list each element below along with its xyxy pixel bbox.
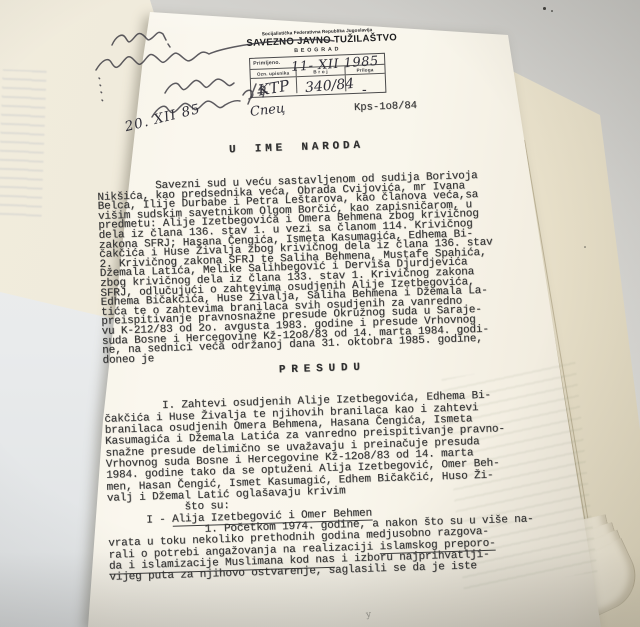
- stamp-received-label: Primljeno.: [250, 60, 280, 67]
- dust-speck: [551, 10, 553, 12]
- photo-scene: Socijalistička Federativna Republika Jug…: [0, 0, 640, 627]
- dust-speck: [584, 246, 586, 248]
- document-body: Savezni sud u veću sastavljenom od sudij…: [97, 170, 539, 584]
- judgment-section: I. Zahtevi osudjenih Alije Izetbegovića,…: [104, 390, 539, 585]
- case-number: Kps-1o8/84: [354, 100, 417, 114]
- dust-speck: [543, 7, 546, 10]
- handwritten-enclosures-value: -: [362, 82, 367, 98]
- judgment-intro-paragraph: Savezni sud u veću sastavljenom od sudij…: [97, 170, 533, 366]
- verdict-heading: P R E S U D U: [279, 358, 533, 377]
